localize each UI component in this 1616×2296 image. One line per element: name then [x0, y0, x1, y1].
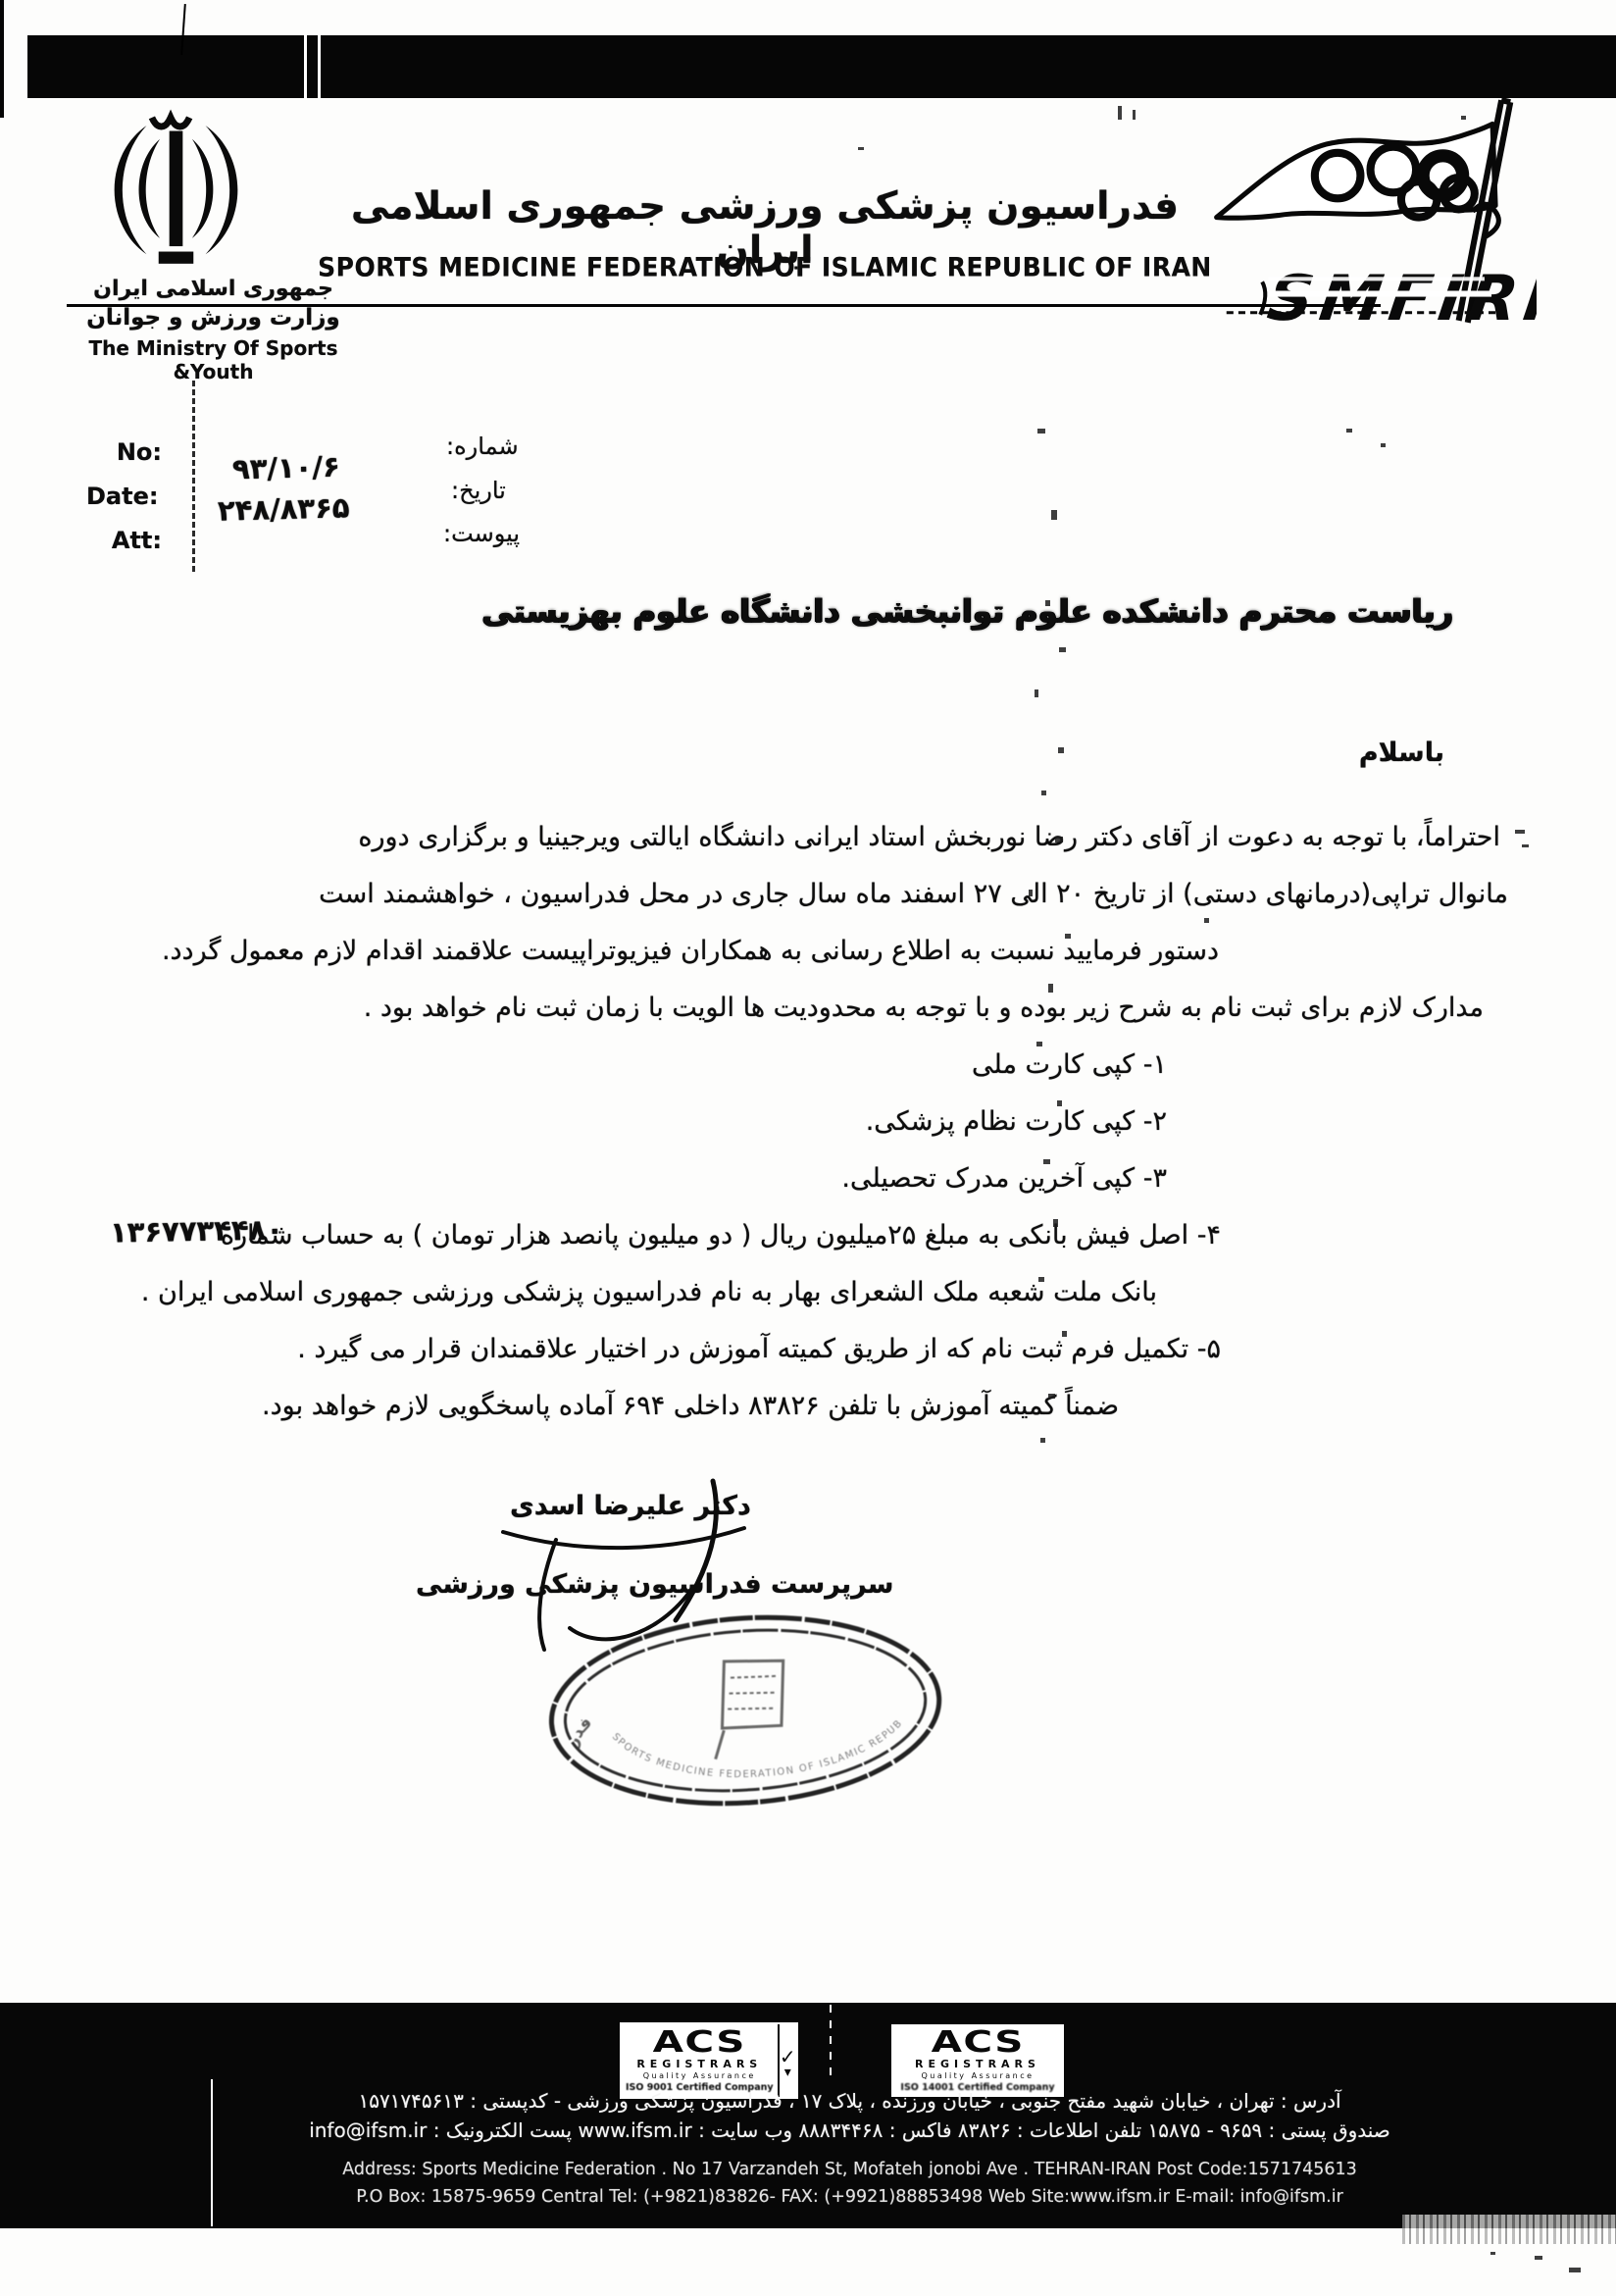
ref-number-value: ۲۴۸/۸۳۶۵ [218, 490, 350, 528]
footer-postal-fa: صندوق پستی : ۹۶۵۹ - ۱۵۸۷۵ تلفن اطلاعات :… [108, 2118, 1591, 2142]
ministry-fa-line2: وزارت ورزش و جوانان [49, 305, 378, 331]
scan-noise [1058, 747, 1064, 753]
body-list-item: ۵- تکمیل فرم ثبت نام که از طریق کمیته آم… [106, 1321, 1508, 1378]
scan-noise [1040, 1438, 1045, 1443]
scan-noise [1569, 2268, 1581, 2272]
stencil-stripe [1268, 290, 1491, 296]
scan-noise [1041, 791, 1046, 795]
acs-registrars-logo-2: ACS REGISTRARS Quality Assurance ISO 140… [891, 2024, 1064, 2097]
scan-noise [1204, 918, 1209, 923]
smfiri-flag-logo: SMFIRI [1198, 88, 1537, 332]
ref-label-tarikh: تاریخ: [451, 477, 506, 504]
acs-logo-text: ACS [931, 2029, 1024, 2057]
smfiri-text: SMFIRI [1263, 263, 1537, 332]
acs-tagline: Quality Assurance [921, 2071, 1034, 2080]
pen-squiggle [1260, 281, 1265, 314]
scan-noise [1048, 984, 1053, 993]
header-rule [67, 304, 1381, 307]
scan-smudge [1402, 2215, 1616, 2244]
scan-noise [1522, 844, 1529, 847]
scan-noise [1381, 443, 1386, 447]
org-title-en: SPORTS MEDICINE FEDERATION OF ISLAMIC RE… [314, 252, 1216, 281]
body-list-item: ۲- کپی کارت نظام پزشکی. [106, 1094, 1508, 1150]
scan-slit [830, 2005, 832, 2081]
scan-slit [318, 35, 321, 98]
scan-noise [1048, 1394, 1055, 1399]
stamp-center-flag [716, 1656, 787, 1764]
body-line: احتراماً، با توجه به دعوت از آقای دکتر ر… [106, 809, 1508, 866]
award-medal-icon: ✓▾ [778, 2024, 796, 2097]
body-list-item: ۱- کپی کارت ملی [106, 1037, 1508, 1094]
scan-noise [1045, 600, 1050, 606]
scan-noise [1515, 830, 1525, 834]
official-stamp: فدراسیون پزشکی ورزشی جمهوری اسلامی ایران… [534, 1607, 956, 1817]
scan-noise [1346, 429, 1352, 433]
acs-registrars-logo-1: ACS REGISTRARS Quality Assurance ISO 900… [620, 2022, 798, 2099]
ref-date-value: ۹۳/۱۰/۶ [232, 450, 341, 486]
scan-noise [858, 147, 864, 150]
scan-noise [1133, 110, 1136, 120]
salutation: باسلام [1359, 738, 1444, 768]
body-line: بانک ملت شعبه ملک الشعرای بهار به نام فد… [106, 1264, 1508, 1321]
scan-noise [1461, 116, 1466, 120]
body-line: دستور فرمایید نسبت به اطلاع رسانی به همک… [106, 923, 1508, 980]
scan-noise [1029, 890, 1033, 896]
scanned-letter-page: فدراسیون پزشکی ورزشی جمهوری اسلامی ایران… [0, 0, 1616, 2296]
body-line: مدارک لازم برای ثبت نام به شرح زیر بوده … [106, 980, 1508, 1037]
scan-noise [1037, 429, 1045, 434]
footer-band: ACS REGISTRARS Quality Assurance ISO 900… [0, 2003, 1616, 2228]
letter-body: احتراماً، با توجه به دعوت از آقای دکتر ر… [106, 809, 1508, 1435]
scan-noise [1118, 106, 1122, 120]
ref-label-shomareh: شماره: [446, 433, 519, 460]
footer-address-fa: آدرس : تهران ، خیابان شهید مفتح جنوبی ، … [108, 2089, 1591, 2113]
scan-noise [1038, 1277, 1044, 1282]
scan-noise [1055, 837, 1063, 842]
body-line: ضمناً کمیته آموزش با تلفن ۸۳۸۲۶ داخلی ۶۹… [106, 1378, 1508, 1435]
acs-logo-text: ACS [653, 2029, 746, 2057]
scan-noise [1490, 2252, 1495, 2255]
scan-noise [1053, 1219, 1058, 1227]
scan-edge-line [0, 0, 4, 118]
ministry-block: جمهوری اسلامی ایران وزارت ورزش و جوانان … [49, 277, 378, 383]
scan-noise [1062, 1331, 1067, 1337]
scan-noise [1035, 689, 1038, 697]
body-list-item: ۳- کپی آخرین مدرک تحصیلی. [106, 1150, 1508, 1207]
bank-account-number: ۱۳۶۷۷۳۴۴۸۰ [110, 1212, 284, 1249]
scan-noise [1535, 2256, 1542, 2260]
ref-label-date: Date: [86, 483, 155, 510]
footer-postal-en: P.O Box: 15875-9659 Central Tel: (+9821)… [108, 2187, 1591, 2207]
scan-noise [1051, 510, 1057, 520]
ministry-en-line: The Ministry Of Sports &Youth [49, 336, 378, 383]
footer-address-en: Address: Sports Medicine Federation . No… [108, 2160, 1591, 2179]
scan-slit [304, 35, 307, 98]
acs-tagline: Quality Assurance [643, 2071, 756, 2080]
scan-noise [1065, 934, 1071, 939]
stencil-stripe [1268, 277, 1485, 281]
ref-label-att: Att: [93, 527, 162, 554]
scan-noise [1043, 1159, 1050, 1164]
scan-noise [1036, 1042, 1042, 1046]
iran-emblem-icon [90, 96, 262, 297]
ministry-fa-line1: جمهوری اسلامی ایران [49, 277, 378, 301]
body-list-item: ۴- اصل فیش بانکی به مبلغ ۲۵میلیون ریال (… [106, 1207, 1508, 1264]
ref-label-peyvast: پیوست: [443, 520, 520, 547]
ref-label-no: No: [93, 438, 162, 466]
body-line: مانوال تراپی(درمانهای دستی) از تاریخ ۲۰ … [106, 866, 1508, 923]
recipient-heading: ریاست محترم دانشکده علوم توانبخشی دانشگا… [481, 592, 1453, 630]
scan-noise [1059, 647, 1066, 652]
scan-noise [1057, 1100, 1062, 1106]
ref-dotted-line [192, 381, 195, 572]
